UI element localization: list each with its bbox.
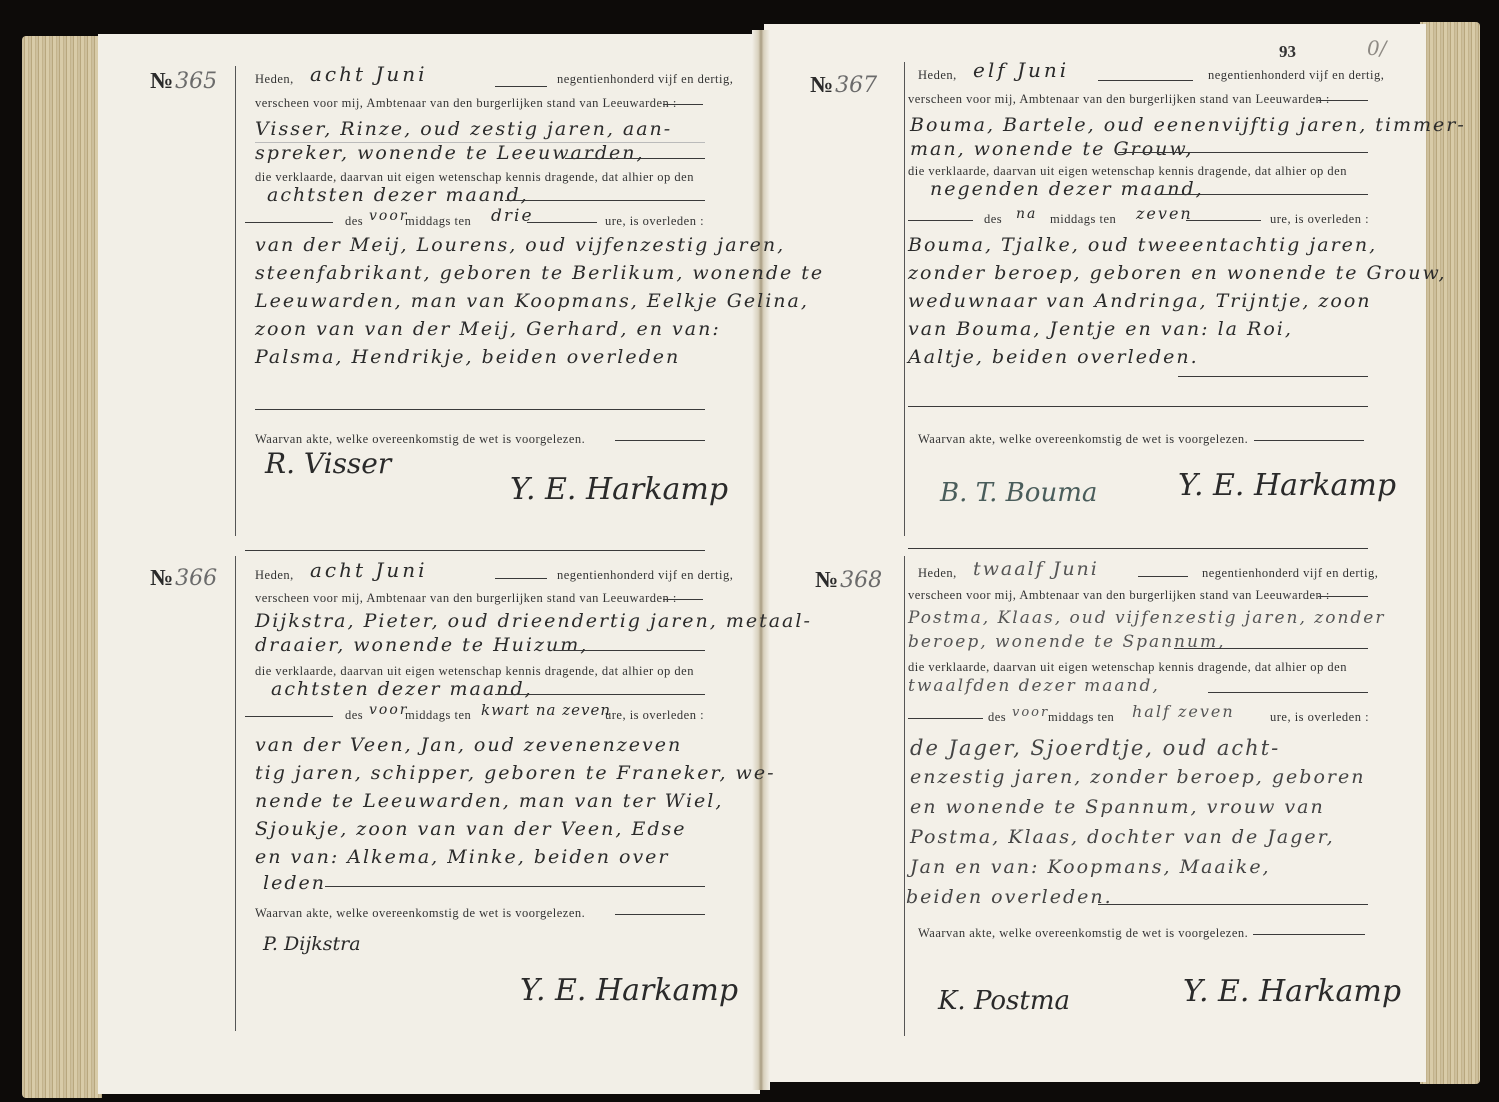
verscheen-text: verscheen voor mij, Ambtenaar van den bu…	[255, 96, 677, 111]
verscheen-text: verscheen voor mij, Ambtenaar van den bu…	[908, 588, 1330, 603]
margin-rule	[904, 556, 905, 1036]
pencil-annotation: 0/	[1367, 36, 1386, 60]
deceased-line: Aaltje, beiden overleden.	[908, 346, 1199, 368]
fill-rule	[1254, 440, 1364, 441]
declarant-signature: B. T. Bouma	[940, 478, 1097, 508]
date-written: acht Juni	[310, 62, 428, 86]
heden-label: Heden,	[918, 68, 957, 83]
fill-rule	[908, 718, 983, 719]
official-signature: Y. E. Harkamp	[1178, 468, 1396, 503]
fill-rule	[505, 200, 705, 201]
fill-rule	[615, 440, 705, 441]
official-signature: Y. E. Harkamp	[1183, 974, 1401, 1009]
declarant-signature: K. Postma	[938, 986, 1070, 1016]
page-number: 93	[1279, 42, 1296, 62]
deceased-line: weduwnaar van Andringa, Trijntje, zoon	[908, 290, 1372, 312]
fill-rule	[527, 222, 597, 223]
voor-na: voor	[369, 702, 408, 718]
waarvan-text: Waarvan akte, welke overeenkomstig de we…	[255, 906, 585, 921]
date-written: elf Juni	[973, 58, 1069, 82]
waarvan-text: Waarvan akte, welke overeenkomstig de we…	[918, 926, 1248, 941]
date-written: twaalf Juni	[973, 558, 1099, 580]
closing-rule	[908, 406, 1368, 407]
declarant-line: Bouma, Bartele, oud eenenvijftig jaren, …	[910, 114, 1466, 136]
middags-ten-label: middags ten	[1048, 710, 1114, 725]
closing-rule	[255, 409, 705, 410]
deceased-line: Jan en van: Koopmans, Maaike,	[910, 856, 1271, 878]
entry-number-label: №367	[810, 72, 877, 98]
deceased-line: enzestig jaren, zonder beroep, geboren	[910, 766, 1365, 788]
death-day: twaalfden dezer maand,	[908, 676, 1160, 696]
voor-na: na	[1016, 206, 1037, 222]
deceased-line: zoon van van der Meij, Gerhard, en van:	[255, 318, 721, 340]
voor-na: voor	[1012, 705, 1049, 720]
deceased-line: Leeuwarden, man van Koopmans, Eelkje Gel…	[255, 290, 809, 312]
fill-rule	[663, 599, 703, 600]
book-gutter	[752, 30, 770, 1090]
des-label: des	[984, 212, 1002, 227]
voor-na: voor	[369, 208, 408, 224]
date-written: acht Juni	[310, 558, 428, 582]
margin-rule	[235, 66, 236, 536]
deceased-line: leden	[263, 872, 326, 894]
des-label: des	[988, 710, 1006, 725]
death-hour: half zeven	[1132, 702, 1235, 721]
fill-rule	[663, 104, 703, 105]
death-hour: drie	[491, 206, 534, 226]
middags-ten-label: middags ten	[405, 214, 471, 229]
fill-rule	[1098, 80, 1193, 81]
heden-label: Heden,	[255, 568, 294, 583]
entry-separator	[245, 550, 705, 551]
fill-rule	[1253, 934, 1365, 935]
deceased-line: en van: Alkema, Minke, beiden over	[255, 846, 670, 868]
fill-rule	[1158, 194, 1368, 195]
fill-rule	[1138, 576, 1188, 577]
declarant-line: Dijkstra, Pieter, oud drieendertig jaren…	[255, 610, 812, 632]
verscheen-text: verscheen voor mij, Ambtenaar van den bu…	[255, 591, 677, 606]
official-signature: Y. E. Harkamp	[510, 472, 728, 507]
ure-overleden-label: ure, is overleden :	[1270, 710, 1369, 725]
fill-rule	[1208, 692, 1368, 693]
verklaarde-text: die verklaarde, daarvan uit eigen wetens…	[255, 664, 694, 679]
left-page-edges	[22, 36, 102, 1098]
declarant-line: beroep, wonende te Spannum,	[908, 632, 1225, 652]
death-day: achtsten dezer maand,	[271, 678, 533, 700]
death-day: negenden dezer maand,	[930, 178, 1204, 200]
official-signature: Y. E. Harkamp	[520, 973, 738, 1008]
death-day: achtsten dezer maand,	[267, 184, 529, 206]
right-page-edges	[1420, 22, 1480, 1084]
deceased-line: Sjoukje, zoon van van der Veen, Edse	[255, 818, 687, 840]
fill-rule	[245, 222, 333, 223]
entry-number-label: №365	[150, 68, 217, 94]
declarant-signature: R. Visser	[265, 447, 391, 480]
ure-overleden-label: ure, is overleden :	[1270, 212, 1369, 227]
entry-separator	[908, 548, 1368, 549]
fill-rule	[325, 886, 705, 887]
declarant-line: Visser, Rinze, oud zestig jaren, aan-	[255, 118, 672, 140]
declarant-line: spreker, wonende te Leeuwarden,	[255, 142, 645, 164]
deceased-line: de Jager, Sjoerdtje, oud acht-	[910, 736, 1280, 760]
death-hour: kwart na zeven	[481, 701, 611, 719]
deceased-line: nende te Leeuwarden, man van ter Wiel,	[255, 790, 723, 812]
fill-rule	[1318, 100, 1368, 101]
ure-overleden-label: ure, is overleden :	[605, 708, 704, 723]
deceased-line: beiden overleden.	[906, 886, 1113, 908]
entry-number-label: №368	[815, 567, 882, 593]
declarant-signature: P. Dijkstra	[263, 933, 361, 955]
fill-rule	[908, 220, 973, 221]
fill-rule	[565, 158, 705, 159]
margin-rule	[235, 556, 236, 1031]
deceased-line: steenfabrikant, geboren te Berlikum, won…	[255, 262, 824, 284]
middags-ten-label: middags ten	[405, 708, 471, 723]
death-hour: zeven	[1136, 204, 1193, 223]
entry-number-label: №366	[150, 565, 217, 591]
fill-rule	[1174, 648, 1368, 649]
fill-rule	[1098, 904, 1368, 905]
deceased-line: van Bouma, Jentje en van: la Roi,	[908, 318, 1293, 340]
deceased-line: Bouma, Tjalke, oud tweeentachtig jaren,	[908, 234, 1377, 256]
deceased-line: van der Meij, Lourens, oud vijfenzestig …	[255, 234, 785, 256]
heden-label: Heden,	[918, 566, 957, 581]
fill-rule	[1318, 596, 1368, 597]
fill-rule	[1118, 152, 1368, 153]
verklaarde-text: die verklaarde, daarvan uit eigen wetens…	[908, 660, 1347, 675]
verklaarde-text: die verklaarde, daarvan uit eigen wetens…	[255, 170, 694, 185]
open-register-book	[22, 30, 1480, 1090]
fill-rule	[495, 578, 547, 579]
declarant-line: man, wonende te Grouw,	[910, 138, 1193, 160]
deceased-line: zonder beroep, geboren en wonende te Gro…	[908, 262, 1447, 284]
heden-label: Heden,	[255, 72, 294, 87]
verscheen-text: verscheen voor mij, Ambtenaar van den bu…	[908, 92, 1330, 107]
fill-rule	[495, 86, 547, 87]
fill-rule	[615, 914, 705, 915]
deceased-line: en wonende te Spannum, vrouw van	[910, 796, 1325, 818]
ure-overleden-label: ure, is overleden :	[605, 214, 704, 229]
deceased-line: Palsma, Hendrikje, beiden overleden	[255, 346, 680, 368]
middags-ten-label: middags ten	[1050, 212, 1116, 227]
deceased-line: tig jaren, schipper, geboren te Franeker…	[255, 762, 776, 784]
fill-rule	[245, 716, 333, 717]
year-phrase: negentienhonderd vijf en dertig,	[1202, 566, 1378, 581]
waarvan-text: Waarvan akte, welke overeenkomstig de we…	[255, 432, 585, 447]
des-label: des	[345, 708, 363, 723]
des-label: des	[345, 214, 363, 229]
fill-rule	[1186, 220, 1261, 221]
fill-rule	[1178, 376, 1368, 377]
verklaarde-text: die verklaarde, daarvan uit eigen wetens…	[908, 164, 1347, 179]
margin-rule	[904, 62, 905, 536]
declarant-line: Postma, Klaas, oud vijfenzestig jaren, z…	[908, 608, 1385, 628]
fill-rule	[495, 694, 705, 695]
waarvan-text: Waarvan akte, welke overeenkomstig de we…	[918, 432, 1248, 447]
deceased-line: Postma, Klaas, dochter van de Jager,	[910, 826, 1335, 848]
deceased-line: van der Veen, Jan, oud zevenenzeven	[255, 734, 682, 756]
year-phrase: negentienhonderd vijf en dertig,	[557, 72, 733, 87]
year-phrase: negentienhonderd vijf en dertig,	[1208, 68, 1384, 83]
declarant-line: draaier, wonende te Huizum,	[255, 634, 588, 656]
year-phrase: negentienhonderd vijf en dertig,	[557, 568, 733, 583]
fill-rule	[555, 650, 705, 651]
